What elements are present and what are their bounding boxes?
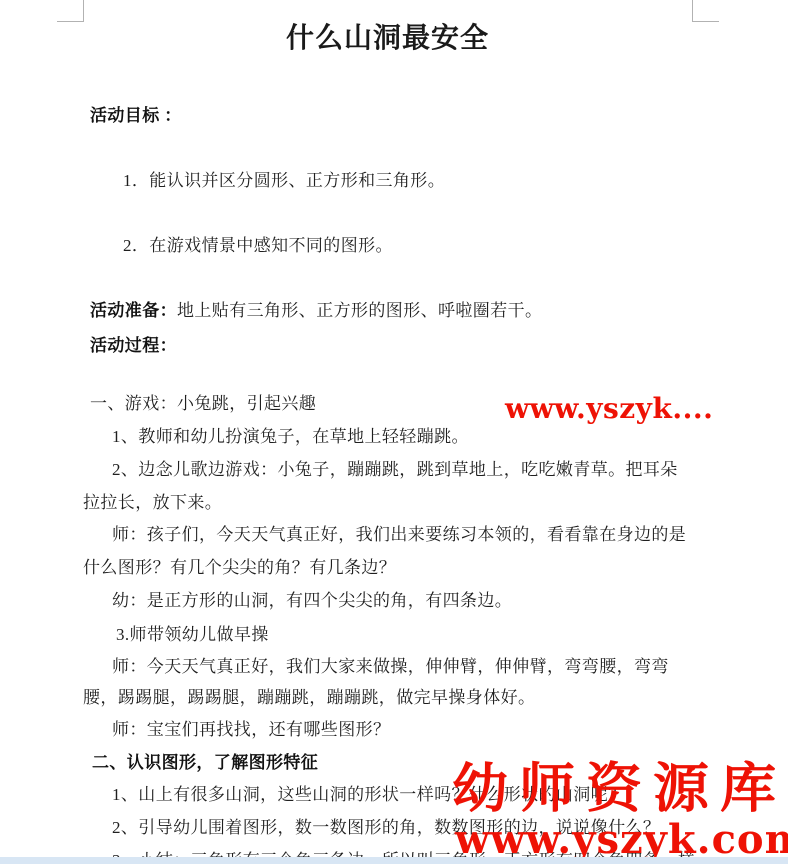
- text-line: 师：孩子们，今天天气真正好，我们出来要练习本领的，看看靠在身边的是: [112, 524, 686, 545]
- page-title: 什么山洞最安全: [83, 24, 692, 55]
- text-line: 幼：是正方形的山洞，有四个尖尖的角，有四条边。: [112, 590, 512, 611]
- document-viewport: 什么山洞最安全 活动目标 ：1．能认识并区分圆形、正方形和三角形。2．在游戏情景…: [0, 0, 788, 864]
- text-line: 二、认识图形，了解图形特征: [92, 752, 318, 773]
- watermark-brand: 幼师资源库: [452, 763, 787, 816]
- text-line: 活动目标 ：: [90, 105, 182, 126]
- text-boundary-mark-top-left: [57, 0, 84, 22]
- text-line: 1、教师和幼儿扮演兔子，在草地上轻轻蹦跳。: [112, 426, 469, 447]
- text-line: 1．能认识并区分圆形、正方形和三角形。: [123, 170, 445, 191]
- text-line: 什么图形？有几个尖尖的角？有几条边？: [83, 557, 396, 578]
- text-line: 3.师带领幼儿做早操: [116, 624, 269, 645]
- text-line: 师：宝宝们再找找，还有哪些图形？: [112, 719, 390, 740]
- window-bottom-edge: [0, 857, 788, 864]
- text-line: 拉拉长，放下来。: [83, 492, 222, 513]
- text-line: 2、边念儿歌边游戏：小兔子，蹦蹦跳，跳到草地上，吃吃嫩青草。把耳朵: [112, 459, 678, 480]
- text-line: 师：今天天气真正好，我们大家来做操，伸伸臂，伸伸臂，弯弯腰，弯弯: [112, 656, 669, 677]
- watermark-url: www.yszyk.com: [455, 820, 788, 860]
- text-line: 活动准备：地上贴有三角形、正方形的图形、呼啦圈若干。: [90, 300, 542, 321]
- text-line: 活动过程：: [90, 335, 177, 356]
- text-line: 腰，踢踢腿，踢踢腿，蹦蹦跳，蹦蹦跳，做完早操身体好。: [83, 687, 535, 708]
- text-line: 一、游戏：小兔跳，引起兴趣: [90, 393, 316, 414]
- text-boundary-mark-top-right: [692, 0, 719, 22]
- text-line: 2．在游戏情景中感知不同的图形。: [123, 235, 393, 256]
- watermark-url-mid: www.yszyk....: [505, 395, 713, 423]
